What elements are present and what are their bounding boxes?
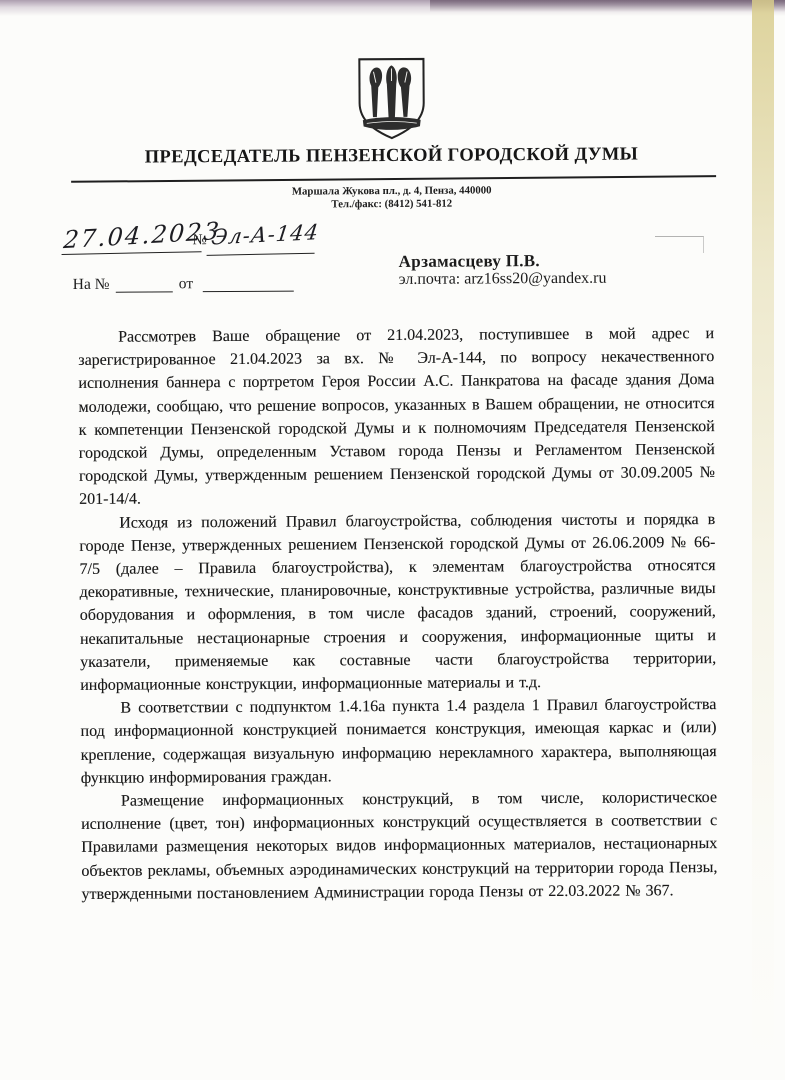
body-paragraph-4: Размещение информационных конструкций, в… [81,786,718,906]
incoming-date-label: от [179,275,193,293]
document-content: ПРЕДСЕДАТЕЛЬ ПЕНЗЕНСКОЙ ГОРОДСКОЙ ДУМЫ М… [0,0,785,1080]
recipient-email: эл.почта: arz16ss20@yandex.ru [399,270,607,289]
body-paragraph-3: В соответствии с подпунктом 1.4.16а пунк… [80,693,717,790]
letter-body: Рассмотрев Ваше обращение от 21.04.2023,… [78,322,718,906]
penza-coat-of-arms-icon [351,56,432,142]
incoming-number-label: На № [73,276,110,294]
scanned-letter-page: ПРЕДСЕДАТЕЛЬ ПЕНЗЕНСКОЙ ГОРОДСКОЙ ДУМЫ М… [0,0,785,1080]
number-sign-label: № [192,232,206,249]
letterhead-divider [71,175,716,183]
number-underline [207,253,315,256]
incoming-date-blank [203,291,294,293]
body-paragraph-2: Исходя из положений Правил благоустройст… [79,508,716,698]
body-paragraph-1: Рассмотрев Ваше обращение от 21.04.2023,… [78,322,715,512]
recipient-name: Арзамасцеву П.В. [399,251,540,272]
incoming-number-blank [116,291,173,292]
letterhead-title: ПРЕДСЕДАТЕЛЬ ПЕНЗЕНСКОЙ ГОРОДСКОЙ ДУМЫ [0,144,784,170]
letterhead-address: Маршала Жукова пл., д. 4, Пенза, 440000 … [0,183,784,213]
handwritten-outgoing-number: Эл-А-144 [210,220,321,250]
